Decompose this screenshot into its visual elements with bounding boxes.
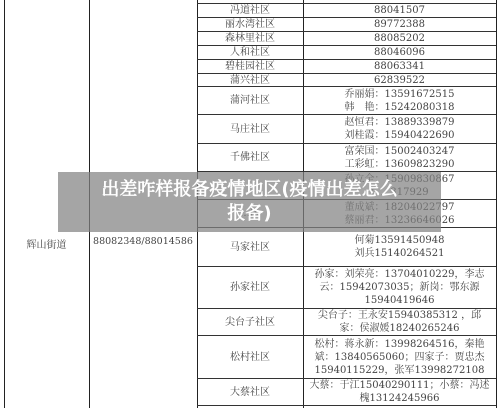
contact-cell: 松村：蒋永新：13998264516，秦艳 斌：13840565060；四家子：… [303, 335, 496, 378]
community-cell: 松村社区 [197, 335, 303, 378]
street-hotline: 88082348/88014586 [89, 236, 197, 247]
banner-title-line-1: 出差咋样报备疫情地区(疫情出差怎么 [101, 178, 397, 202]
contact-cell: 62839522 [303, 73, 496, 86]
contact-line: 15940419646 [303, 294, 496, 307]
contact-line: 工彩虹：13609823290 [303, 158, 496, 171]
community-cell: 森林里社区 [197, 31, 303, 45]
contact-line: 松村：蒋永新：13998264516，秦艳 [303, 338, 496, 351]
contact-cell: 尖台子：王永安15940385312 ，邱 家：侯淑媛18240265246 [303, 308, 496, 335]
contact-cell: 孙家：刘荣亮：13704010229，李志 云：15942073035；新岗：鄂… [303, 266, 496, 308]
contact-line: 斌：13840565060；四家子：贾忠杰 [303, 351, 496, 364]
contact-line: 15940115229，张军13998272108 [303, 364, 496, 377]
contact-line: 槐13124245966 [303, 392, 496, 405]
contact-line: 何菊13591450948 [303, 234, 496, 247]
community-cell: 孙家社区 [197, 266, 303, 308]
community-cell: 马庄社区 [197, 114, 303, 143]
community-cell: 蒲兴社区 [197, 73, 303, 86]
contact-cell: 乔丽娟：13591672515 韩 艳：15242080318 [303, 86, 496, 114]
contact-line: 云：15942073035；新岗：鄂东源 [303, 281, 496, 294]
contact-cell: 89772388 [303, 17, 496, 31]
contact-line: 刘兵15140264521 [303, 247, 496, 260]
contact-cell: 大蔡：于江15040290111；小蔡：冯述 槐13124245966 [303, 378, 496, 406]
table-border-right [496, 0, 497, 408]
contact-line: 乔丽娟：13591672515 [303, 88, 496, 101]
community-cell: 尖台子社区 [197, 308, 303, 335]
contact-line: 家：侯淑媛18240265246 [303, 322, 496, 335]
contact-line: 刘桂霞：15940422690 [303, 129, 496, 142]
contact-line: 尖台子：王永安15940385312 ，邱 [303, 309, 496, 322]
community-cell: 千佛社区 [197, 143, 303, 171]
contact-cell: 赵恒君：13889339879 刘桂霞：15940422690 [303, 114, 496, 143]
community-cell: 蒲河社区 [197, 86, 303, 114]
contact-line: 孙家：刘荣亮：13704010229，李志 [303, 268, 496, 281]
contact-line: 大蔡：于江15040290111；小蔡：冯述 [303, 379, 496, 392]
community-cell: 马家社区 [197, 227, 303, 266]
contact-cell: 何菊13591450948 刘兵15140264521 [303, 227, 496, 266]
contact-line: 赵恒君：13889339879 [303, 116, 496, 129]
contact-cell: 88046096 [303, 45, 496, 59]
contact-cell: 富荣国：15002403247 工彩虹：13609823290 [303, 143, 496, 171]
community-cell: 碧桂园社区 [197, 59, 303, 73]
community-cell: 冯道社区 [197, 3, 303, 17]
contact-cell: 88085202 [303, 31, 496, 45]
table-border-left [4, 0, 5, 408]
banner-title-line-2: 报备) [227, 202, 271, 226]
contact-line: 富荣国：15002403247 [303, 145, 496, 158]
contact-cell: 88063341 [303, 59, 496, 73]
community-cell: 大蔡社区 [197, 378, 303, 406]
contact-line: 韩 艳：15242080318 [303, 101, 496, 114]
title-banner: 出差咋样报备疫情地区(疫情出差怎么 报备) [58, 172, 441, 232]
street-name: 辉山街道 [4, 236, 89, 251]
community-cell: 丽水湾社区 [197, 17, 303, 31]
community-cell: 人和社区 [197, 45, 303, 59]
contact-cell: 88041507 [303, 3, 496, 17]
